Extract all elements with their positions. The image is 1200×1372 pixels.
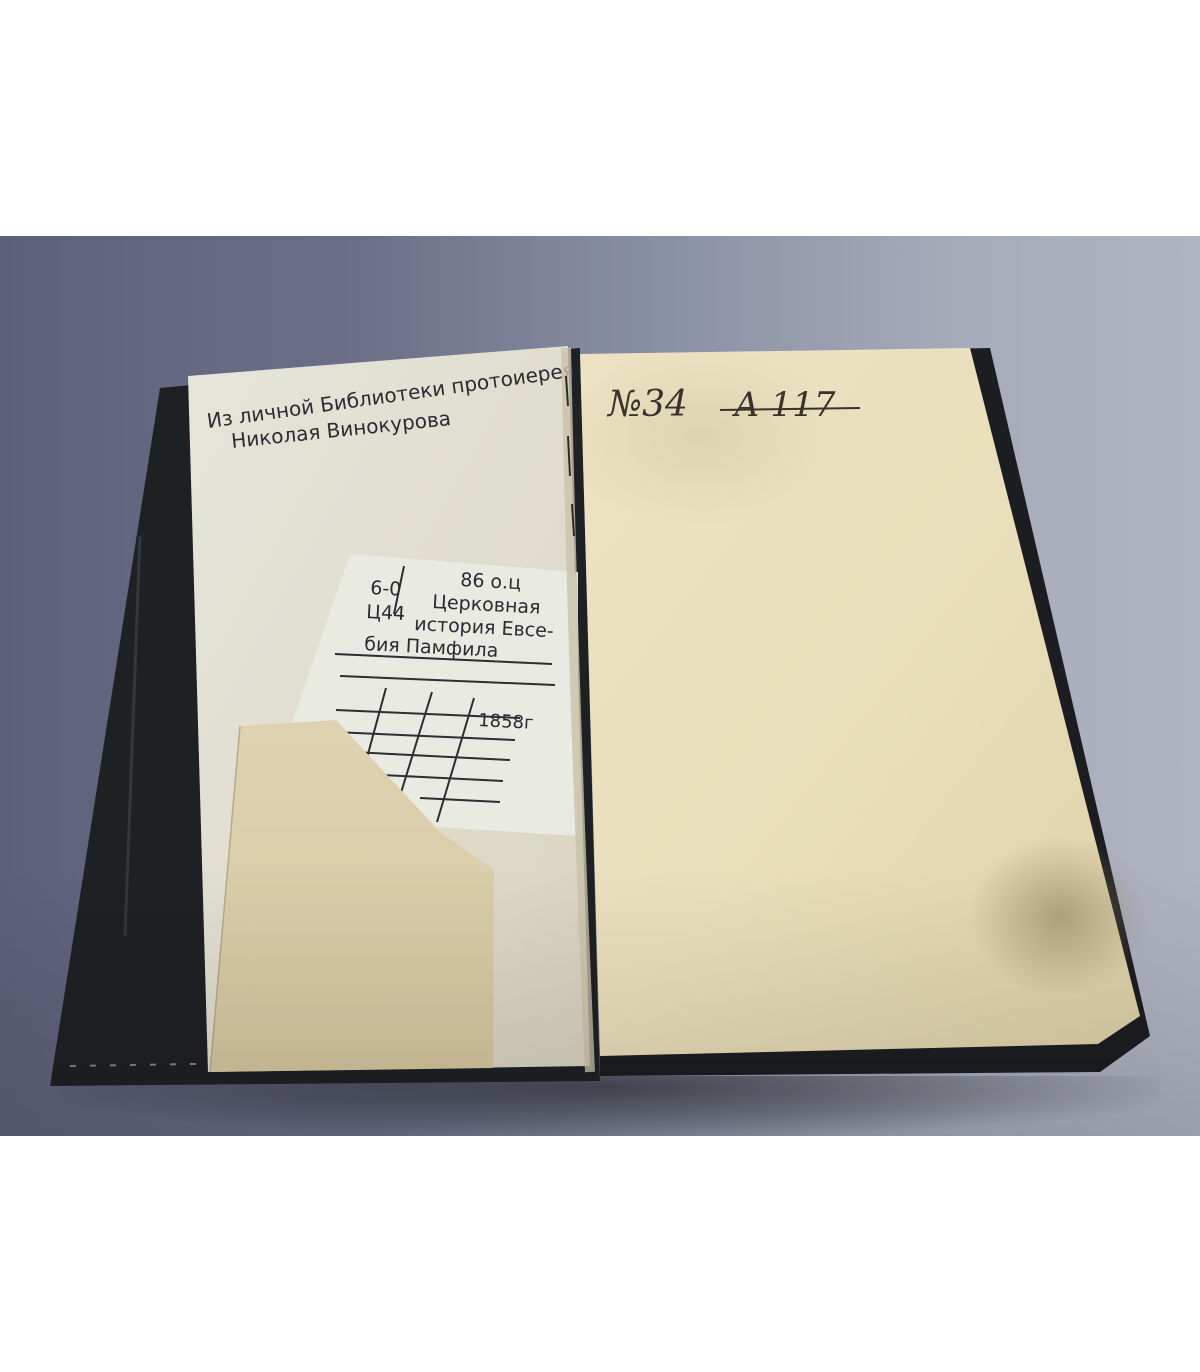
card-shelfmark: 86 о.ц <box>460 569 522 594</box>
stain <box>970 836 1150 996</box>
struck-number: А 117 <box>732 385 836 425</box>
card-year: 1858г <box>478 710 534 734</box>
card-code-bottom: Ц44 <box>366 601 406 625</box>
inventory-number: №34 <box>606 384 688 425</box>
card-code-top: 6-0 <box>370 577 402 601</box>
book-photo: 6-0 Ц44 86 о.ц Церковная история Евсе- б… <box>0 236 1200 1136</box>
book-illustration: 6-0 Ц44 86 о.ц Церковная история Евсе- б… <box>0 236 1200 1136</box>
